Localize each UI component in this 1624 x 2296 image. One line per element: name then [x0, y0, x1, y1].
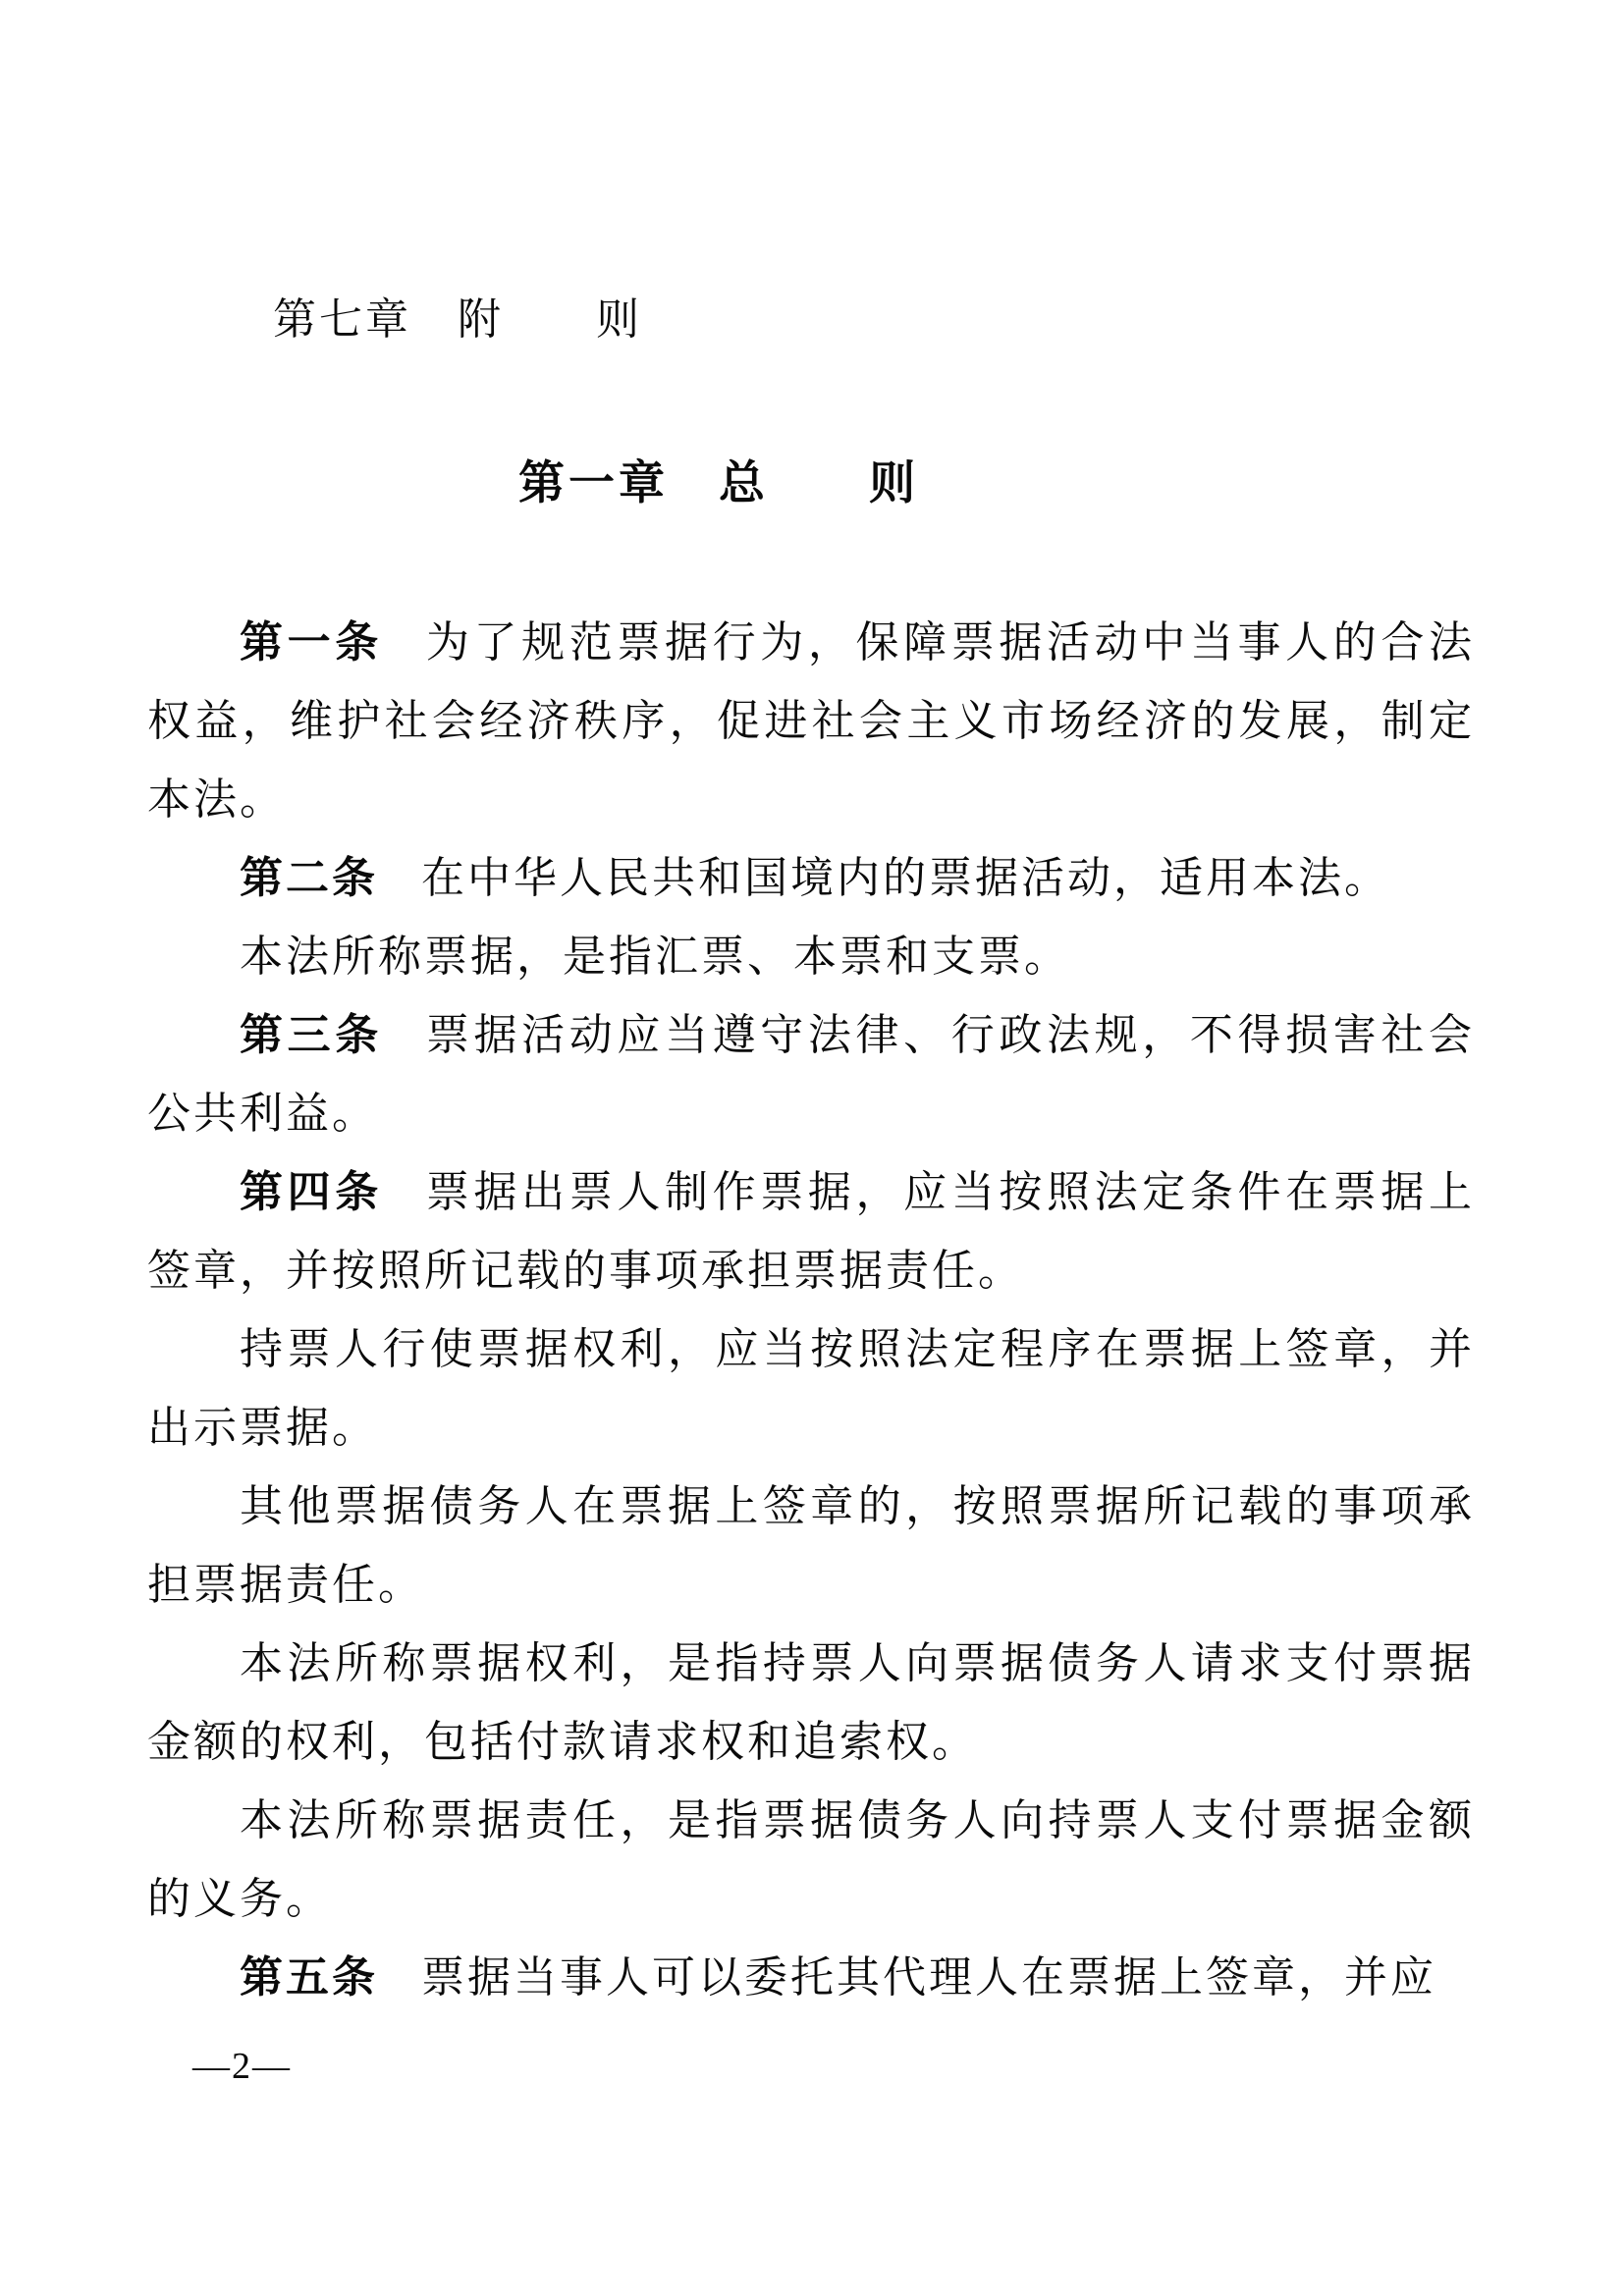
document-page: 第七章 附 则 第一章 总 则 第一条为了规范票据行为，保障票据活动中当事人的合… [0, 0, 1624, 2296]
article-number-label: 第三条 [240, 1011, 383, 1059]
document-body: 第一条为了规范票据行为，保障票据活动中当事人的合法权益，维护社会经济秩序，促进社… [147, 604, 1475, 2017]
paragraph: 本法所称票据，是指汇票、本票和支票。 [147, 918, 1475, 996]
paragraph: 第一条为了规范票据行为，保障票据活动中当事人的合法权益，维护社会经济秩序，促进社… [147, 604, 1475, 839]
paragraph: 第二条在中华人民共和国境内的票据活动，适用本法。 [147, 839, 1475, 918]
toc-chapter-7-line: 第七章 附 则 [273, 294, 642, 346]
chapter-1-heading: 第一章 总 则 [0, 455, 1437, 510]
paragraph: 本法所称票据权利，是指持票人向票据债务人请求支付票据金额的权利，包括付款请求权和… [147, 1625, 1475, 1782]
paragraph: 持票人行使票据权利，应当按照法定程序在票据上签章，并出示票据。 [147, 1310, 1475, 1468]
article-number-label: 第一条 [240, 618, 383, 667]
paragraph: 第三条票据活动应当遵守法律、行政法规，不得损害社会公共利益。 [147, 996, 1475, 1153]
article-number-label: 第五条 [240, 1953, 378, 2002]
page-number: —2— [192, 2044, 292, 2089]
article-number-label: 第四条 [240, 1168, 383, 1216]
article-number-label: 第二条 [240, 854, 378, 902]
paragraph: 第五条票据当事人可以委托其代理人在票据上签章，并应 [147, 1939, 1475, 2017]
paragraph: 其他票据债务人在票据上签章的，按照票据所记载的事项承担票据责任。 [147, 1468, 1475, 1625]
paragraph: 本法所称票据责任，是指票据债务人向持票人支付票据金额的义务。 [147, 1782, 1475, 1939]
paragraph: 第四条票据出票人制作票据，应当按照法定条件在票据上签章，并按照所记载的事项承担票… [147, 1153, 1475, 1310]
